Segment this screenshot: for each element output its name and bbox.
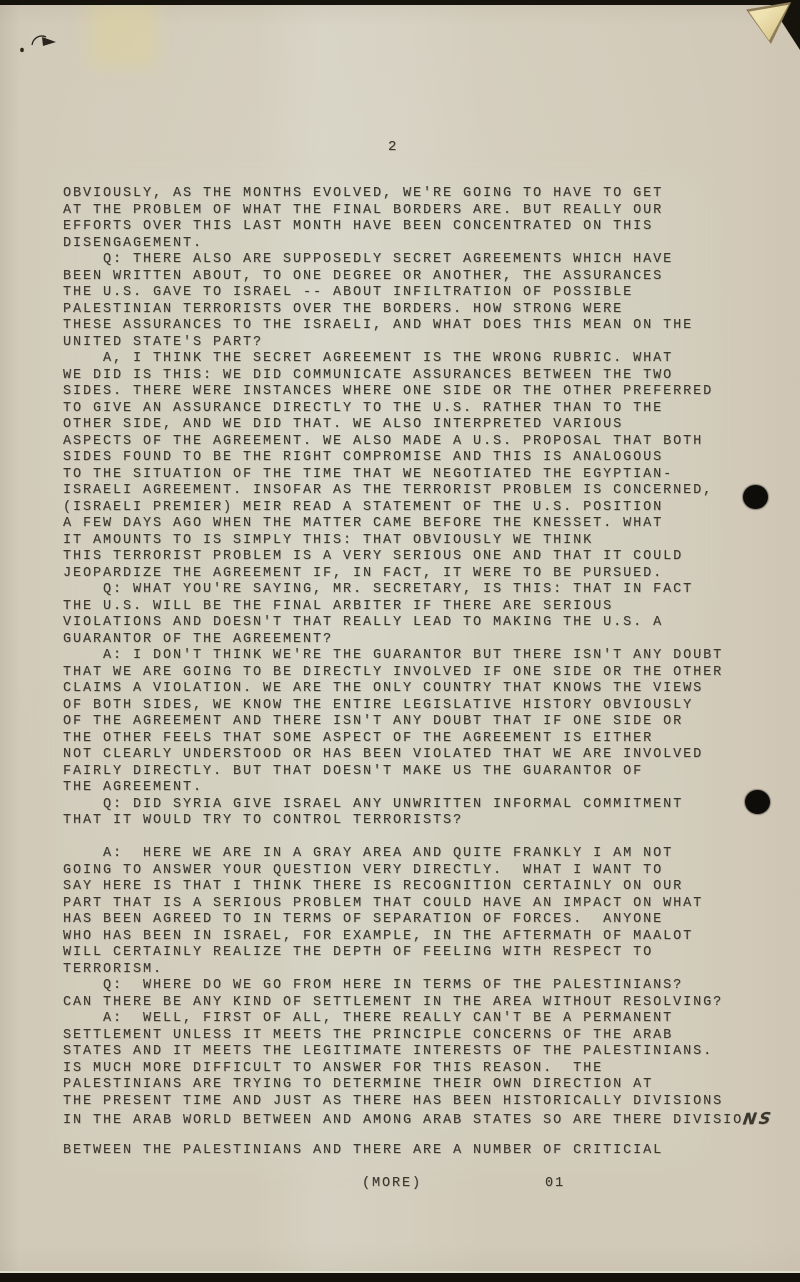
text-line: THE U.S. WILL BE THE FINAL ARBITER IF TH…	[63, 599, 773, 616]
text-line: PALESTINIANS ARE TRYING TO DETERMINE THE…	[63, 1077, 773, 1094]
text-line: THAT IT WOULD TRY TO CONTROL TERRORISTS?	[63, 813, 773, 830]
text-line: IN THE ARAB WORLD BETWEEN AND AMONG ARAB…	[63, 1110, 773, 1127]
text-line: THE OTHER FEELS THAT SOME ASPECT OF THE …	[63, 731, 773, 748]
text-line	[63, 1127, 773, 1144]
footer-page-code: 01	[545, 1176, 565, 1193]
text-line: A, I THINK THE SECRET AGREEMENT IS THE W…	[63, 351, 773, 368]
footer-more-indicator: (MORE)	[362, 1176, 422, 1193]
text-line: IS MUCH MORE DIFFICULT TO ANSWER FOR THI…	[63, 1061, 773, 1078]
text-line: AT THE PROBLEM OF WHAT THE FINAL BORDERS…	[63, 203, 773, 220]
text-line: (ISRAELI PREMIER) MEIR READ A STATEMENT …	[63, 500, 773, 517]
text-line: GUARANTOR OF THE AGREEMENT?	[63, 632, 773, 649]
text-line: FAIRLY DIRECTLY. BUT THAT DOESN'T MAKE U…	[63, 764, 773, 781]
text-line: BEEN WRITTEN ABOUT, TO ONE DEGREE OR ANO…	[63, 269, 773, 286]
text-line: A: I DON'T THINK WE'RE THE GUARANTOR BUT…	[63, 648, 773, 665]
text-line: ASPECTS OF THE AGREEMENT. WE ALSO MADE A…	[63, 434, 773, 451]
text-line: A FEW DAYS AGO WHEN THE MATTER CAME BEFO…	[63, 516, 773, 533]
text-line: WILL CERTAINLY REALIZE THE DEPTH OF FEEL…	[63, 945, 773, 962]
scan-edge-bottom	[0, 1271, 800, 1282]
text-line: THE PRESENT TIME AND JUST AS THERE HAS B…	[63, 1094, 773, 1111]
text-line: SETTLEMENT UNLESS IT MEETS THE PRINCIPLE…	[63, 1028, 773, 1045]
text-line: OF THE AGREEMENT AND THERE ISN'T ANY DOU…	[63, 714, 773, 731]
pen-mark-icon	[16, 30, 62, 60]
text-line: HAS BEEN AGREED TO IN TERMS OF SEPARATIO…	[63, 912, 773, 929]
scan-edge-top	[0, 0, 800, 5]
text-line: THE U.S. GAVE TO ISRAEL -- ABOUT INFILTR…	[63, 285, 773, 302]
scan-glare-band	[88, 0, 158, 68]
typed-text-part: IN THE ARAB WORLD BETWEEN AND AMONG ARAB…	[63, 1113, 743, 1128]
text-line: CLAIMS A VIOLATION. WE ARE THE ONLY COUN…	[63, 681, 773, 698]
text-line: A: HERE WE ARE IN A GRAY AREA AND QUITE …	[63, 846, 773, 863]
text-line: SIDES FOUND TO BE THE RIGHT COMPROMISE A…	[63, 450, 773, 467]
text-line: NOT CLEARLY UNDERSTOOD OR HAS BEEN VIOLA…	[63, 747, 773, 764]
text-line	[63, 830, 773, 847]
transcript-body: OBVIOUSLY, AS THE MONTHS EVOLVED, WE'RE …	[63, 186, 773, 1160]
text-line: JEOPARDIZE THE AGREEMENT IF, IN FACT, IT…	[63, 566, 773, 583]
text-line: SIDES. THERE WERE INSTANCES WHERE ONE SI…	[63, 384, 773, 401]
text-line: THESE ASSURANCES TO THE ISRAELI, AND WHA…	[63, 318, 773, 335]
text-line: Q: WHAT YOU'RE SAYING, MR. SECRETARY, IS…	[63, 582, 773, 599]
text-line: PART THAT IS A SERIOUS PROBLEM THAT COUL…	[63, 896, 773, 913]
text-line: EFFORTS OVER THIS LAST MONTH HAVE BEEN C…	[63, 219, 773, 236]
text-line: Q: THERE ALSO ARE SUPPOSEDLY SECRET AGRE…	[63, 252, 773, 269]
text-line: DISENGAGEMENT.	[63, 236, 773, 253]
text-line: GOING TO ANSWER YOUR QUESTION VERY DIREC…	[63, 863, 773, 880]
text-line: THAT WE ARE GOING TO BE DIRECTLY INVOLVE…	[63, 665, 773, 682]
text-line: STATES AND IT MEETS THE LEGITIMATE INTER…	[63, 1044, 773, 1061]
text-line: OBVIOUSLY, AS THE MONTHS EVOLVED, WE'RE …	[63, 186, 773, 203]
handwritten-correction: NS	[742, 1110, 774, 1128]
text-line: Q: WHERE DO WE GO FROM HERE IN TERMS OF …	[63, 978, 773, 995]
text-line: OF BOTH SIDES, WE KNOW THE ENTIRE LEGISL…	[63, 698, 773, 715]
text-line: VIOLATIONS AND DOESN'T THAT REALLY LEAD …	[63, 615, 773, 632]
text-line: TERRORISM.	[63, 962, 773, 979]
text-line: IT AMOUNTS TO IS SIMPLY THIS: THAT OBVIO…	[63, 533, 773, 550]
text-line: PALESTINIAN TERRORISTS OVER THE BORDERS.…	[63, 302, 773, 319]
text-line: UNITED STATE'S PART?	[63, 335, 773, 352]
text-line: ISRAELI AGREEMENT. INSOFAR AS THE TERROR…	[63, 483, 773, 500]
text-line: CAN THERE BE ANY KIND OF SETTLEMENT IN T…	[63, 995, 773, 1012]
text-line: TO THE SITUATION OF THE TIME THAT WE NEG…	[63, 467, 773, 484]
text-line: A: WELL, FIRST OF ALL, THERE REALLY CAN'…	[63, 1011, 773, 1028]
text-line: THE AGREEMENT.	[63, 780, 773, 797]
text-line: TO GIVE AN ASSURANCE DIRECTLY TO THE U.S…	[63, 401, 773, 418]
text-line: BETWEEN THE PALESTINIANS AND THERE ARE A…	[63, 1143, 773, 1160]
text-line: WHO HAS BEEN IN ISRAEL, FOR EXAMPLE, IN …	[63, 929, 773, 946]
page-number: 2	[388, 139, 398, 156]
text-line: SAY HERE IS THAT I THINK THERE IS RECOGN…	[63, 879, 773, 896]
text-line: WE DID IS THIS: WE DID COMMUNICATE ASSUR…	[63, 368, 773, 385]
text-line: Q: DID SYRIA GIVE ISRAEL ANY UNWRITTEN I…	[63, 797, 773, 814]
text-line: OTHER SIDE, AND WE DID THAT. WE ALSO INT…	[63, 417, 773, 434]
text-line: THIS TERRORIST PROBLEM IS A VERY SERIOUS…	[63, 549, 773, 566]
